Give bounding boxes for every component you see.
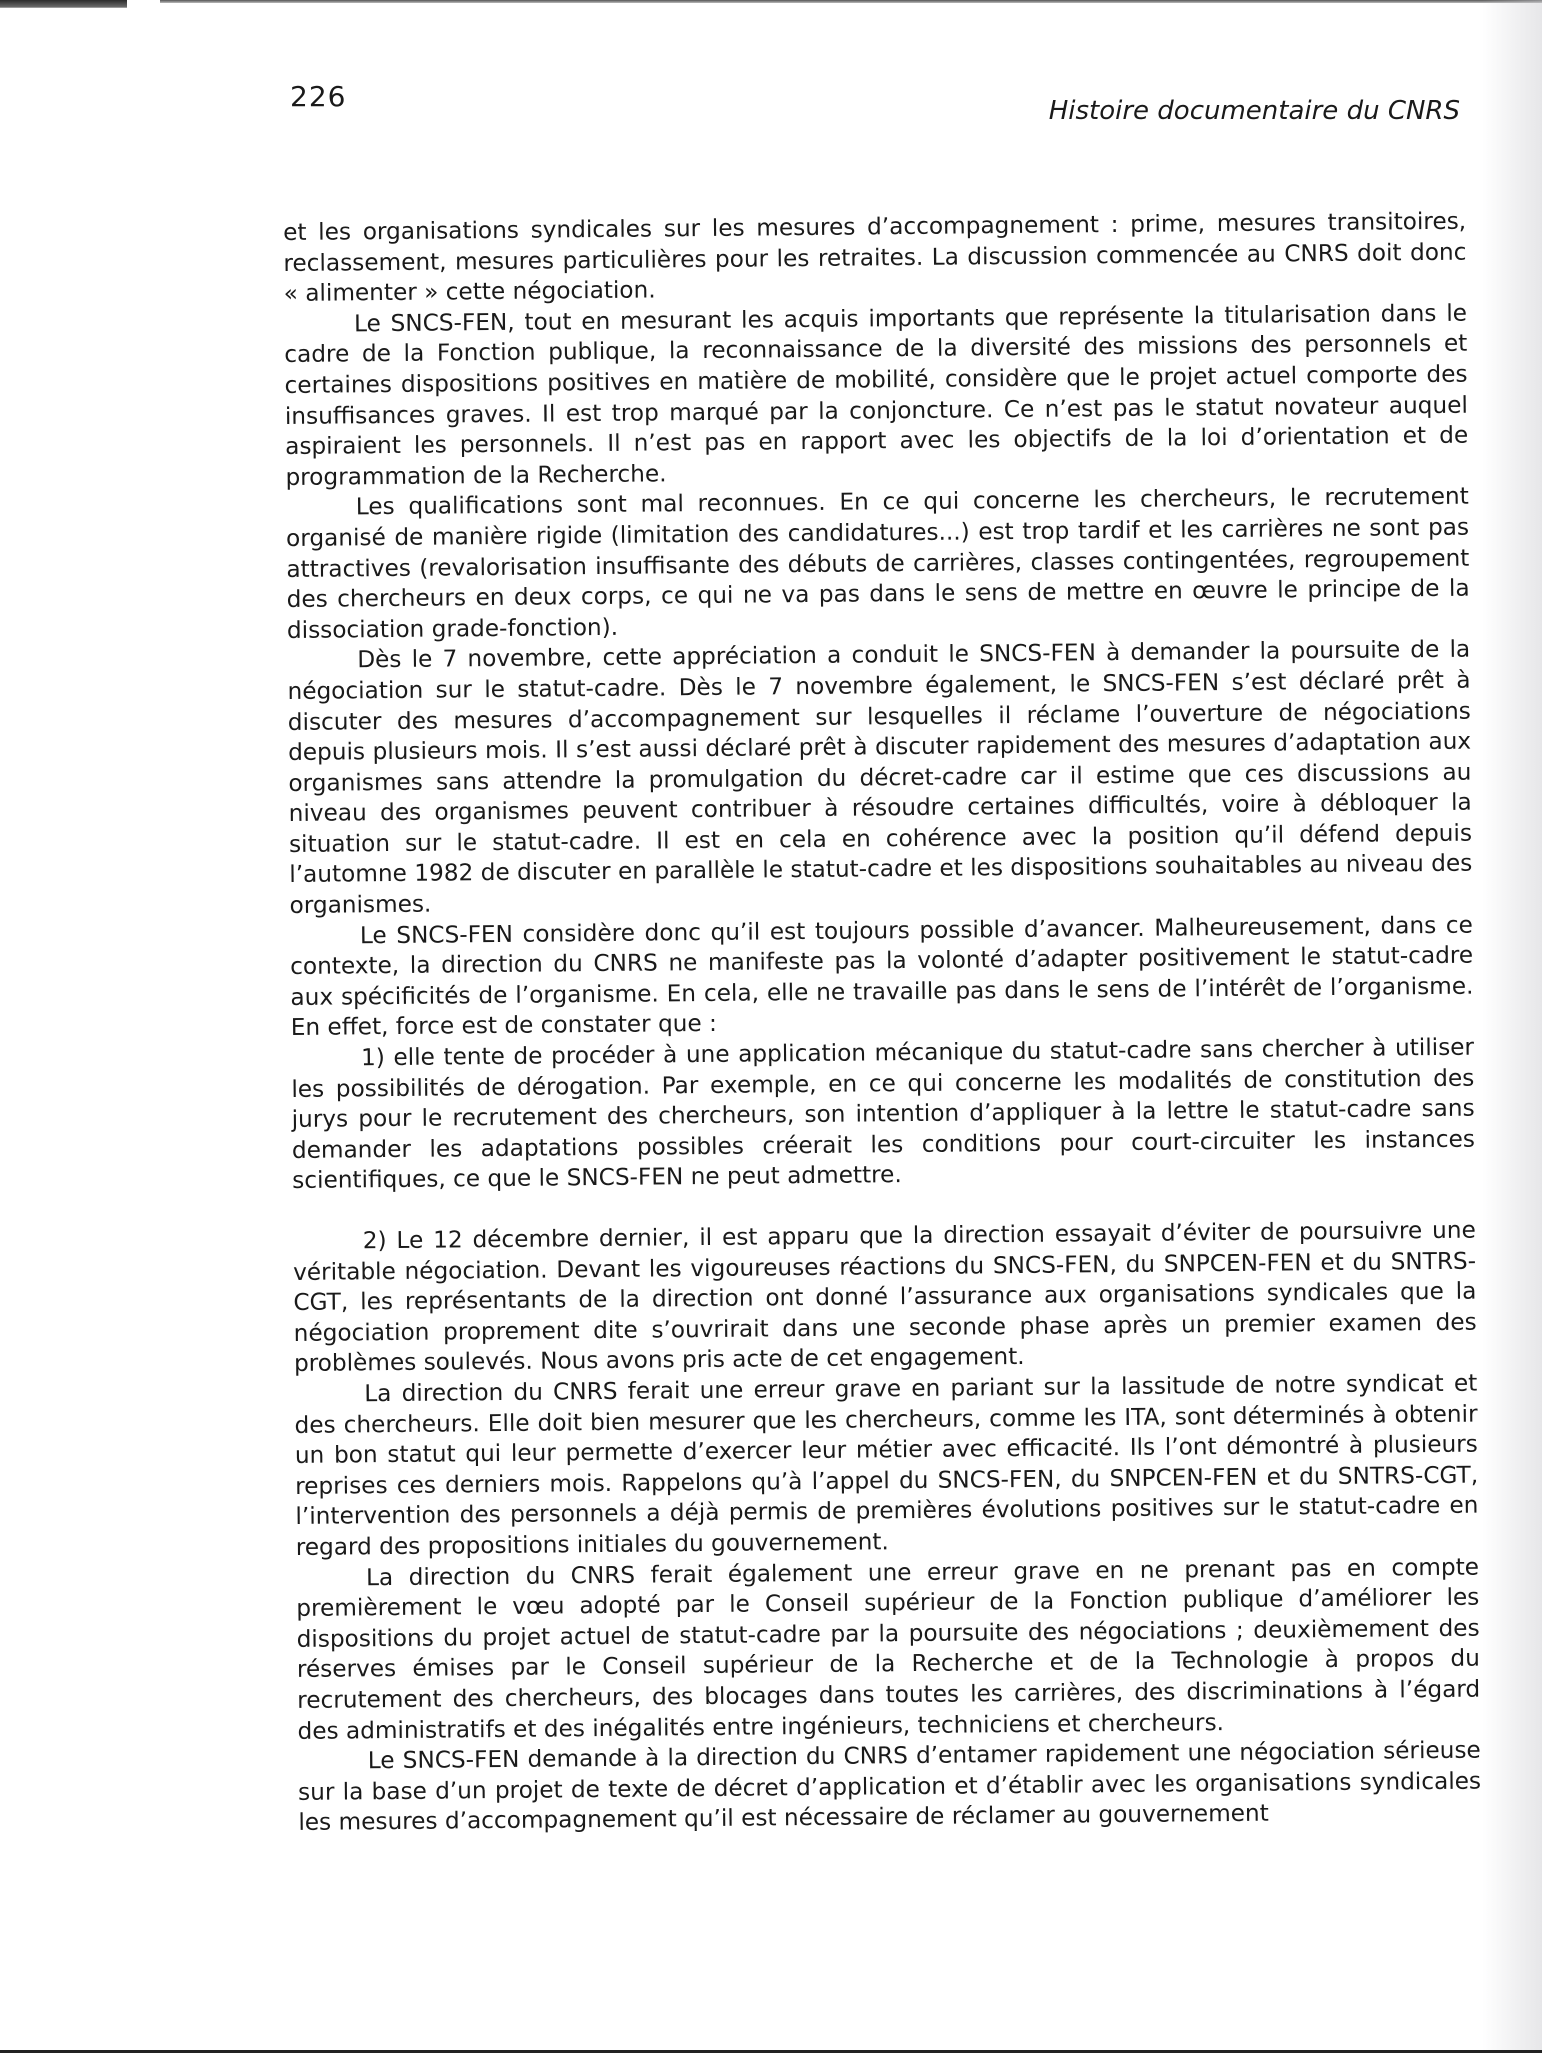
list-item-2: 2) Le 12 décembre dernier, il est apparu… bbox=[293, 1216, 1477, 1380]
running-header-title: Histoire documentaire du CNRS bbox=[1049, 96, 1460, 126]
paragraph: Le SNCS-FEN demande à la direction du CN… bbox=[298, 1736, 1482, 1839]
paragraph: Dès le 7 novembre, cette appréciation a … bbox=[287, 635, 1473, 922]
page-gutter-shade bbox=[1482, 0, 1542, 2053]
paragraph: Les qualifications sont mal reconnues. E… bbox=[286, 482, 1470, 646]
scan-edge-shadow bbox=[0, 0, 127, 8]
paragraph: La direction du CNRS ferait une erreur g… bbox=[294, 1369, 1479, 1564]
list-item-1: 1) elle tente de procéder à une applicat… bbox=[291, 1033, 1475, 1197]
paragraph: Le SNCS-FEN, tout en mesurant les acquis… bbox=[284, 298, 1469, 493]
paragraph: et les organisations syndicales sur les … bbox=[283, 207, 1467, 310]
paragraph: Le SNCS-FEN considère donc qu’il est tou… bbox=[290, 910, 1474, 1044]
scan-edge-shadow bbox=[160, 0, 1542, 3]
body-text: et les organisations syndicales sur les … bbox=[283, 207, 1482, 1839]
page-number: 226 bbox=[290, 80, 346, 113]
paragraph: La direction du CNRS ferait également un… bbox=[296, 1552, 1481, 1747]
